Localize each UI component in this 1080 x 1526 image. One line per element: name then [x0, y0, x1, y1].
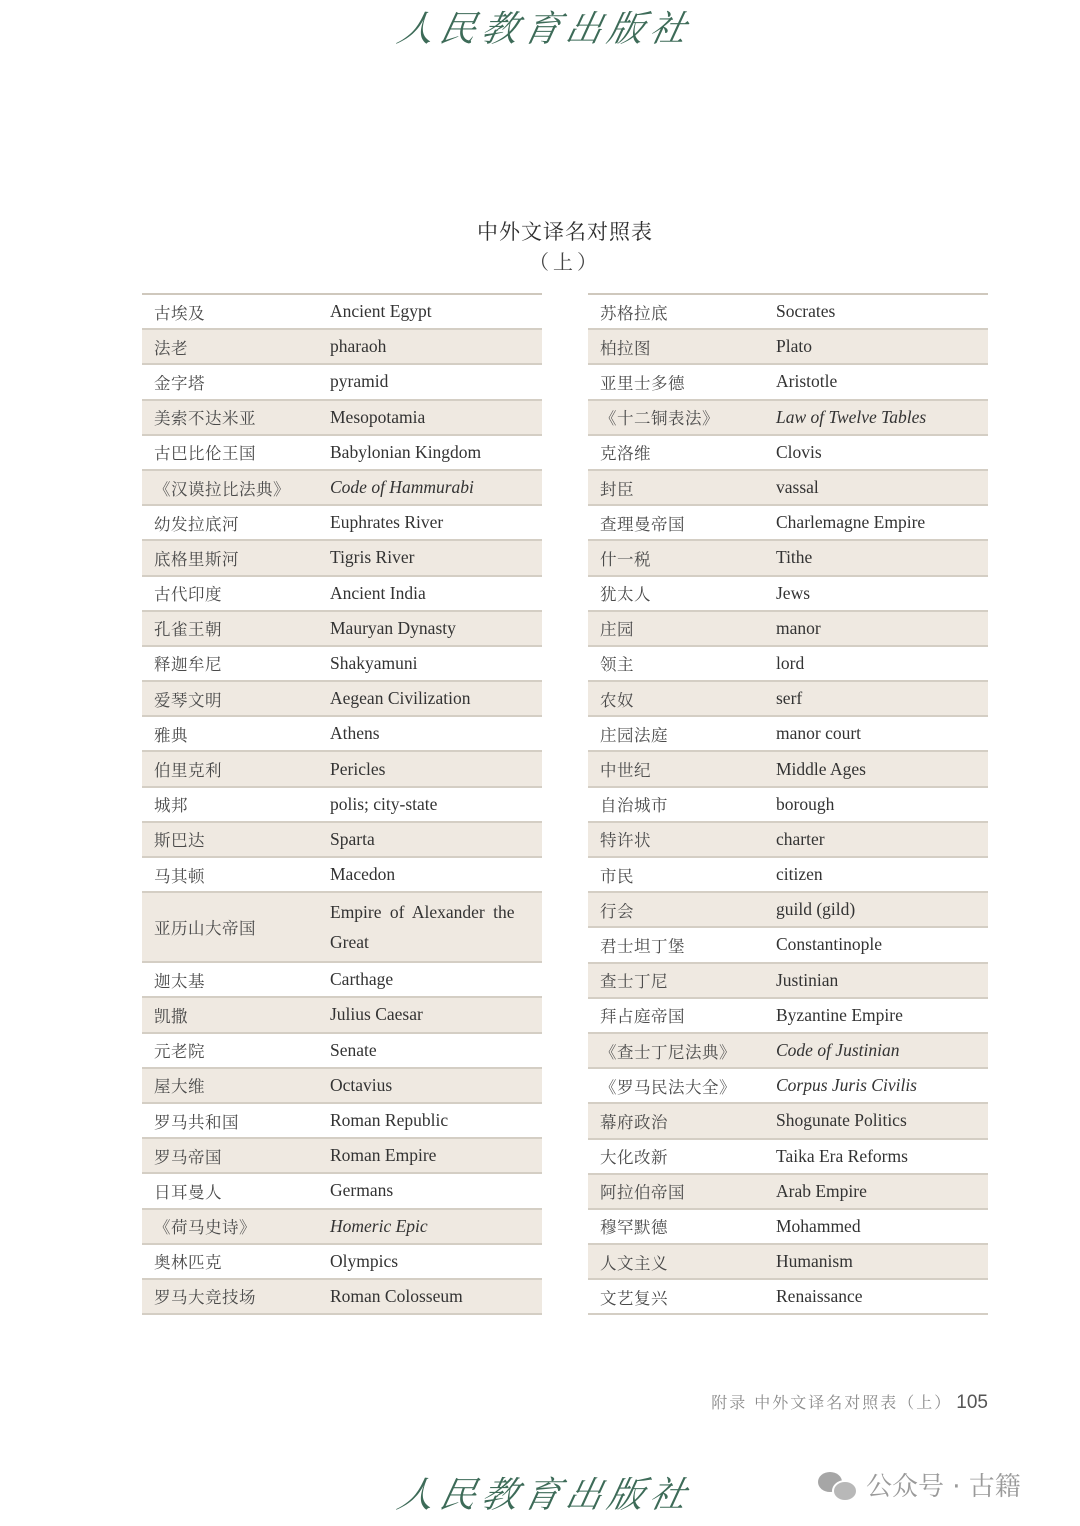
english-term: serf: [776, 688, 988, 709]
english-term: Byzantine Empire: [776, 1005, 988, 1026]
chinese-term: 古埃及: [142, 300, 330, 324]
english-term: Corpus Juris Civilis: [776, 1075, 988, 1096]
table-row: 《罗马民法大全》Corpus Juris Civilis: [588, 1069, 988, 1104]
english-term: Tigris River: [330, 547, 542, 568]
table-row: 凯撒Julius Caesar: [142, 998, 542, 1033]
chinese-term: 亚里士多德: [588, 370, 776, 394]
table-row: 特许状charter: [588, 823, 988, 858]
table-row: 庄园manor: [588, 612, 988, 647]
english-term: Shogunate Politics: [776, 1110, 988, 1131]
table-row: 犹太人Jews: [588, 577, 988, 612]
page-subtitle: （上）: [0, 246, 1080, 275]
table-row: 雅典Athens: [142, 717, 542, 752]
table-row: 底格里斯河Tigris River: [142, 541, 542, 576]
chinese-term: 古巴比伦王国: [142, 440, 330, 464]
english-term: Clovis: [776, 442, 988, 463]
table-row: 行会guild (gild): [588, 893, 988, 928]
table-row: 文艺复兴Renaissance: [588, 1280, 988, 1315]
english-term: Constantinople: [776, 934, 988, 955]
table-row: 斯巴达Sparta: [142, 823, 542, 858]
english-term: Renaissance: [776, 1286, 988, 1307]
table-row: 《十二铜表法》Law of Twelve Tables: [588, 401, 988, 436]
english-term: Pericles: [330, 759, 542, 780]
chinese-term: 查士丁尼: [588, 968, 776, 992]
page-number: 105: [956, 1392, 988, 1413]
english-term: Homeric Epic: [330, 1216, 542, 1237]
english-term: Mesopotamia: [330, 407, 542, 428]
table-row: 屋大维Octavius: [142, 1069, 542, 1104]
english-term: Taika Era Reforms: [776, 1146, 988, 1167]
page-footer: 附录 中外文译名对照表（上）105: [696, 1390, 988, 1414]
chinese-term: 《查士丁尼法典》: [588, 1039, 776, 1063]
chinese-term: 封臣: [588, 476, 776, 500]
table-row: 查理曼帝国Charlemagne Empire: [588, 506, 988, 541]
chinese-term: 底格里斯河: [142, 546, 330, 570]
chinese-term: 《罗马民法大全》: [588, 1074, 776, 1098]
english-term: Germans: [330, 1180, 542, 1201]
english-term: Shakyamuni: [330, 653, 542, 674]
english-term: charter: [776, 829, 988, 850]
chinese-term: 古代印度: [142, 581, 330, 605]
chinese-term: 美索不达米亚: [142, 405, 330, 429]
chinese-term: 中世纪: [588, 757, 776, 781]
english-term: Aegean Civilization: [330, 688, 542, 709]
chinese-term: 文艺复兴: [588, 1285, 776, 1309]
chinese-term: 亚历山大帝国: [142, 915, 330, 939]
glossary-table-left: 古埃及Ancient Egypt法老pharaoh金字塔pyramid美索不达米…: [142, 293, 542, 1315]
chinese-term: 拜占庭帝国: [588, 1003, 776, 1027]
english-term: guild (gild): [776, 899, 988, 920]
chinese-term: 马其顿: [142, 863, 330, 887]
table-row: 孔雀王朝Mauryan Dynasty: [142, 612, 542, 647]
english-term: manor: [776, 618, 988, 639]
page-title: 中外文译名对照表: [0, 216, 1080, 246]
chinese-term: 伯里克利: [142, 757, 330, 781]
chinese-term: 爱琴文明: [142, 687, 330, 711]
english-term: Aristotle: [776, 371, 988, 392]
english-term: Roman Empire: [330, 1145, 542, 1166]
table-row: 农奴serf: [588, 682, 988, 717]
table-row: 城邦polis; city-state: [142, 788, 542, 823]
table-row: 君士坦丁堡Constantinople: [588, 928, 988, 963]
chinese-term: 阿拉伯帝国: [588, 1179, 776, 1203]
table-row: 拜占庭帝国Byzantine Empire: [588, 999, 988, 1034]
table-row: 幼发拉底河Euphrates River: [142, 506, 542, 541]
table-row: 《荷马史诗》Homeric Epic: [142, 1210, 542, 1245]
english-term: Olympics: [330, 1251, 542, 1272]
chinese-term: 释迦牟尼: [142, 651, 330, 675]
english-term: manor court: [776, 723, 988, 744]
chinese-term: 克洛维: [588, 440, 776, 464]
english-term: Carthage: [330, 969, 542, 990]
table-row: 马其顿Macedon: [142, 858, 542, 893]
chinese-term: 罗马帝国: [142, 1144, 330, 1168]
chinese-term: 农奴: [588, 687, 776, 711]
table-row: 人文主义Humanism: [588, 1245, 988, 1280]
chinese-term: 凯撒: [142, 1003, 330, 1027]
watermark-text: 公众号 · 古籍: [866, 1466, 1021, 1503]
chinese-term: 奥林匹克: [142, 1249, 330, 1273]
english-term: Empire of Alexander the Great: [330, 897, 542, 957]
table-row: 《汉谟拉比法典》Code of Hammurabi: [142, 471, 542, 506]
chinese-term: 斯巴达: [142, 827, 330, 851]
chinese-term: 孔雀王朝: [142, 616, 330, 640]
chinese-term: 犹太人: [588, 581, 776, 605]
table-row: 幕府政治Shogunate Politics: [588, 1104, 988, 1139]
english-term: Humanism: [776, 1251, 988, 1272]
table-row: 罗马共和国Roman Republic: [142, 1104, 542, 1139]
english-term: Middle Ages: [776, 759, 988, 780]
table-row: 《查士丁尼法典》Code of Justinian: [588, 1034, 988, 1069]
table-row: 中世纪Middle Ages: [588, 752, 988, 787]
chinese-term: 庄园: [588, 616, 776, 640]
chinese-term: 罗马大竞技场: [142, 1284, 330, 1308]
chinese-term: 自治城市: [588, 792, 776, 816]
english-term: Euphrates River: [330, 512, 542, 533]
chinese-term: 查理曼帝国: [588, 511, 776, 535]
table-row: 释迦牟尼Shakyamuni: [142, 647, 542, 682]
english-term: Code of Justinian: [776, 1040, 988, 1061]
english-term: lord: [776, 653, 988, 674]
table-row: 奥林匹克Olympics: [142, 1245, 542, 1280]
chinese-term: 幕府政治: [588, 1109, 776, 1133]
table-row: 爱琴文明Aegean Civilization: [142, 682, 542, 717]
table-row: 日耳曼人Germans: [142, 1174, 542, 1209]
chinese-term: 大化改新: [588, 1144, 776, 1168]
table-row: 克洛维Clovis: [588, 436, 988, 471]
english-term: Tithe: [776, 547, 988, 568]
english-term: Sparta: [330, 829, 542, 850]
english-term: Charlemagne Empire: [776, 512, 988, 533]
table-row: 柏拉图Plato: [588, 330, 988, 365]
chinese-term: 《汉谟拉比法典》: [142, 476, 330, 500]
publisher-logo-top: 人民教育出版社: [389, 4, 700, 56]
english-term: Law of Twelve Tables: [776, 407, 988, 428]
chinese-term: 苏格拉底: [588, 300, 776, 324]
english-term: Socrates: [776, 301, 988, 322]
english-term: Mauryan Dynasty: [330, 618, 542, 639]
chinese-term: 金字塔: [142, 370, 330, 394]
english-term: Jews: [776, 583, 988, 604]
chinese-term: 穆罕默德: [588, 1214, 776, 1238]
table-row: 亚里士多德Aristotle: [588, 365, 988, 400]
chinese-term: 法老: [142, 335, 330, 359]
chinese-term: 雅典: [142, 722, 330, 746]
english-term: Athens: [330, 723, 542, 744]
english-term: Justinian: [776, 970, 988, 991]
table-row: 金字塔pyramid: [142, 365, 542, 400]
english-term: Julius Caesar: [330, 1004, 542, 1025]
chinese-term: 元老院: [142, 1038, 330, 1062]
table-row: 自治城市borough: [588, 788, 988, 823]
table-row: 封臣vassal: [588, 471, 988, 506]
table-row: 罗马大竞技场Roman Colosseum: [142, 1280, 542, 1315]
english-term: Roman Colosseum: [330, 1286, 542, 1307]
english-term: Arab Empire: [776, 1181, 988, 1202]
table-row: 古巴比伦王国Babylonian Kingdom: [142, 436, 542, 471]
chinese-term: 君士坦丁堡: [588, 933, 776, 957]
chinese-term: 《荷马史诗》: [142, 1214, 330, 1238]
table-row: 大化改新Taika Era Reforms: [588, 1140, 988, 1175]
publisher-logo-bottom: 人民教育出版社: [389, 1470, 700, 1522]
table-row: 古代印度Ancient India: [142, 577, 542, 612]
table-row: 古埃及Ancient Egypt: [142, 295, 542, 330]
table-row: 元老院Senate: [142, 1034, 542, 1069]
table-row: 法老pharaoh: [142, 330, 542, 365]
table-row: 领主lord: [588, 647, 988, 682]
english-term: Senate: [330, 1040, 542, 1061]
chinese-term: 《十二铜表法》: [588, 405, 776, 429]
english-term: Babylonian Kingdom: [330, 442, 542, 463]
chinese-term: 屋大维: [142, 1073, 330, 1097]
english-term: Macedon: [330, 864, 542, 885]
table-row: 苏格拉底Socrates: [588, 295, 988, 330]
table-row: 查士丁尼Justinian: [588, 964, 988, 999]
chinese-term: 人文主义: [588, 1250, 776, 1274]
english-term: vassal: [776, 477, 988, 498]
english-term: Ancient India: [330, 583, 542, 604]
chinese-term: 市民: [588, 863, 776, 887]
table-row: 亚历山大帝国Empire of Alexander the Great: [142, 893, 542, 963]
table-row: 穆罕默德Mohammed: [588, 1210, 988, 1245]
english-term: pharaoh: [330, 336, 542, 357]
chinese-term: 罗马共和国: [142, 1109, 330, 1133]
watermark: 公众号 · 古籍: [818, 1466, 1021, 1503]
footer-section-label: 附录 中外文译名对照表（上）: [711, 1393, 952, 1412]
english-term: Ancient Egypt: [330, 301, 542, 322]
glossary-table-right: 苏格拉底Socrates柏拉图Plato亚里士多德Aristotle《十二铜表法…: [588, 293, 988, 1315]
english-term: Roman Republic: [330, 1110, 542, 1131]
chinese-term: 领主: [588, 651, 776, 675]
chinese-term: 庄园法庭: [588, 722, 776, 746]
wechat-icon: [818, 1470, 858, 1500]
table-row: 阿拉伯帝国Arab Empire: [588, 1175, 988, 1210]
chinese-term: 迦太基: [142, 968, 330, 992]
table-row: 迦太基Carthage: [142, 963, 542, 998]
english-term: Mohammed: [776, 1216, 988, 1237]
chinese-term: 什一税: [588, 546, 776, 570]
english-term: borough: [776, 794, 988, 815]
table-row: 什一税Tithe: [588, 541, 988, 576]
chinese-term: 柏拉图: [588, 335, 776, 359]
table-row: 美索不达米亚Mesopotamia: [142, 401, 542, 436]
english-term: Octavius: [330, 1075, 542, 1096]
table-row: 罗马帝国Roman Empire: [142, 1139, 542, 1174]
english-term: Plato: [776, 336, 988, 357]
table-row: 伯里克利Pericles: [142, 752, 542, 787]
table-row: 市民citizen: [588, 858, 988, 893]
table-row: 庄园法庭manor court: [588, 717, 988, 752]
english-term: polis; city-state: [330, 794, 542, 815]
chinese-term: 城邦: [142, 792, 330, 816]
english-term: citizen: [776, 864, 988, 885]
english-term: Code of Hammurabi: [330, 477, 542, 498]
english-term: pyramid: [330, 371, 542, 392]
chinese-term: 幼发拉底河: [142, 511, 330, 535]
chinese-term: 日耳曼人: [142, 1179, 330, 1203]
chinese-term: 特许状: [588, 827, 776, 851]
chinese-term: 行会: [588, 898, 776, 922]
